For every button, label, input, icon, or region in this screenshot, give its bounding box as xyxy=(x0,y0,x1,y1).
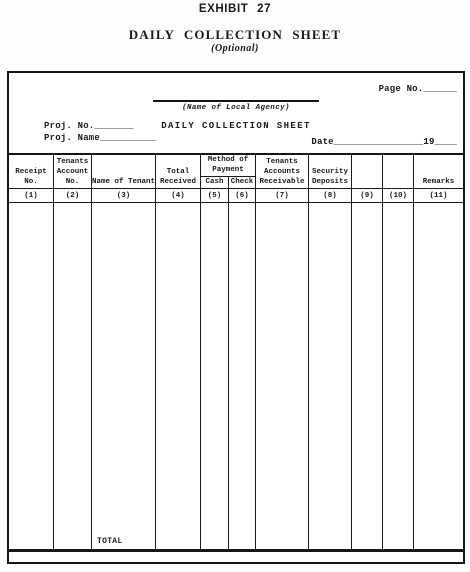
col-header-total-received: Total Received xyxy=(156,155,201,188)
col-number-4: (4) xyxy=(156,189,201,202)
column-number-row: (1) (2) (3) (4) (5) (6) (7) (8) (9) (10)… xyxy=(9,189,463,203)
table-body xyxy=(9,203,463,549)
body-column-blank-10 xyxy=(383,203,414,549)
col-number-9: (9) xyxy=(352,189,383,202)
method-of-payment-subheader: Cash Check xyxy=(201,177,255,188)
document-subtitle: (Optional) xyxy=(0,43,470,54)
body-column-cash xyxy=(201,203,229,549)
col-header-method-of-payment: Method of Payment Cash Check xyxy=(201,155,256,188)
col-header-tenants-account-no: Tenants Account No. xyxy=(54,155,92,188)
exhibit-title: EXHIBIT 27 xyxy=(0,3,470,15)
page-number-field: Page No.______ xyxy=(379,84,457,94)
col-header-cash: Cash xyxy=(201,177,229,188)
col-number-1: (1) xyxy=(9,189,54,202)
total-label: TOTAL xyxy=(97,537,123,547)
body-column-name-of-tenant xyxy=(92,203,156,549)
body-column-security-deposits xyxy=(309,203,352,549)
col-number-5: (5) xyxy=(201,189,229,202)
agency-blank-line xyxy=(153,100,319,102)
col-header-receipt-no: Receipt No. xyxy=(9,155,54,188)
col-header-check: Check xyxy=(229,177,255,188)
col-number-10: (10) xyxy=(383,189,414,202)
method-of-payment-label: Method of Payment xyxy=(201,155,255,177)
col-number-8: (8) xyxy=(309,189,352,202)
col-header-security-deposits: Security Deposits xyxy=(309,155,352,188)
col-number-7: (7) xyxy=(256,189,309,202)
form-box: Page No.______ (Name of Local Agency) Pr… xyxy=(7,71,465,564)
date-field: Date________________19____ xyxy=(311,137,457,147)
col-header-blank-9 xyxy=(352,155,383,188)
document-title: DAILY COLLECTION SHEET xyxy=(0,27,470,43)
body-column-blank-9 xyxy=(352,203,383,549)
collection-table: Receipt No. Tenants Account No. Name of … xyxy=(9,153,463,552)
form-title: DAILY COLLECTION SHEET xyxy=(9,121,463,131)
col-number-2: (2) xyxy=(54,189,92,202)
col-header-remarks: Remarks xyxy=(414,155,463,188)
body-column-total-received xyxy=(156,203,201,549)
body-column-tenants-accounts-receivable xyxy=(256,203,309,549)
col-header-blank-10 xyxy=(383,155,414,188)
col-header-name-of-tenant: Name of Tenant xyxy=(92,155,156,188)
agency-caption: (Name of Local Agency) xyxy=(153,104,319,112)
col-number-3: (3) xyxy=(92,189,156,202)
col-number-6: (6) xyxy=(229,189,256,202)
col-number-11: (11) xyxy=(414,189,463,202)
table-header-row: Receipt No. Tenants Account No. Name of … xyxy=(9,155,463,189)
body-column-receipt-no xyxy=(9,203,54,549)
body-column-tenants-account-no xyxy=(54,203,92,549)
col-header-tenants-accounts-receivable: Tenants Accounts Receivable xyxy=(256,155,309,188)
agency-name-field: (Name of Local Agency) xyxy=(153,100,319,112)
body-column-check xyxy=(229,203,256,549)
body-column-remarks xyxy=(414,203,463,549)
project-name-field: Proj. Name__________ xyxy=(44,133,156,143)
